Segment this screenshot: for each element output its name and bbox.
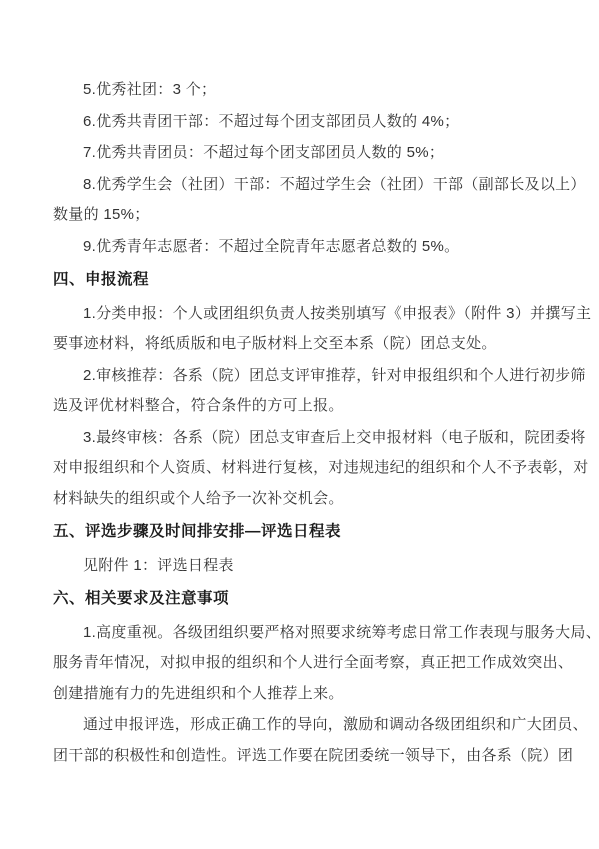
paragraph-line: 3.最终审核：各系（院）团总支审查后上交申报材料（电子版和，院团委将 <box>53 423 555 454</box>
paragraph-line: 2.审核推荐：各系（院）团总支评审推荐，针对申报组织和个人进行初步筛 <box>53 361 555 392</box>
paragraph: 8.优秀学生会（社团）干部：不超过学生会（社团）干部（副部长及以上）数量的 15… <box>53 170 555 231</box>
paragraph: 6.优秀共青团干部：不超过每个团支部团员人数的 4%； <box>53 107 555 138</box>
paragraph: 5.优秀社团：3 个； <box>53 75 555 106</box>
paragraph-line: 8.优秀学生会（社团）干部：不超过学生会（社团）干部（副部长及以上） <box>53 170 555 201</box>
paragraph: 2.审核推荐：各系（院）团总支评审推荐，针对申报组织和个人进行初步筛选及评优材料… <box>53 361 555 422</box>
paragraph: 1.高度重视。各级团组织要严格对照要求统筹考虑日常工作表现与服务大局、服务青年情… <box>53 618 555 710</box>
paragraph: 见附件 1：评选日程表 <box>53 551 555 582</box>
paragraph-line: 9.优秀青年志愿者：不超过全院青年志愿者总数的 5%。 <box>53 232 555 263</box>
paragraph-line: 1.分类申报：个人或团组织负责人按类别填写《申报表》（附件 3）并撰写主 <box>53 299 555 330</box>
paragraph-line: 7.优秀共青团员：不超过每个团支部团员人数的 5%； <box>53 138 555 169</box>
paragraph: 9.优秀青年志愿者：不超过全院青年志愿者总数的 5%。 <box>53 232 555 263</box>
document-page: 5.优秀社团：3 个；6.优秀共青团干部：不超过每个团支部团员人数的 4%；7.… <box>0 0 599 849</box>
paragraph-line: 1.高度重视。各级团组织要严格对照要求统筹考虑日常工作表现与服务大局、 <box>53 618 555 649</box>
paragraph-line: 选及评优材料整合，符合条件的方可上报。 <box>53 391 555 422</box>
paragraph-line: 创建措施有力的先进组织和个人推荐上来。 <box>53 679 555 710</box>
section-heading: 五、评选步骤及时间排安排—评选日程表 <box>53 517 555 548</box>
section-heading: 四、申报流程 <box>53 265 555 296</box>
paragraph-line: 服务青年情况，对拟申报的组织和个人进行全面考察，真正把工作成效突出、 <box>53 648 555 679</box>
paragraph-line: 通过申报评选，形成正确工作的导向，激励和调动各级团组织和广大团员、 <box>53 710 555 741</box>
paragraph: 通过申报评选，形成正确工作的导向，激励和调动各级团组织和广大团员、团干部的积极性… <box>53 710 555 771</box>
paragraph: 1.分类申报：个人或团组织负责人按类别填写《申报表》（附件 3）并撰写主要事迹材… <box>53 299 555 360</box>
document-content: 5.优秀社团：3 个；6.优秀共青团干部：不超过每个团支部团员人数的 4%；7.… <box>0 0 599 771</box>
paragraph-line: 对申报组织和个人资质、材料进行复核，对违规违纪的组织和个人不予表彰，对 <box>53 453 555 484</box>
paragraph: 3.最终审核：各系（院）团总支审查后上交申报材料（电子版和，院团委将对申报组织和… <box>53 423 555 515</box>
section-heading: 六、相关要求及注意事项 <box>53 584 555 615</box>
section-heading-text: 六、相关要求及注意事项 <box>53 584 555 615</box>
paragraph-line: 6.优秀共青团干部：不超过每个团支部团员人数的 4%； <box>53 107 555 138</box>
paragraph-line: 材料缺失的组织或个人给予一次补交机会。 <box>53 484 555 515</box>
paragraph-line: 数量的 15%； <box>53 200 555 231</box>
paragraph-line: 要事迹材料，将纸质版和电子版材料上交至本系（院）团总支处。 <box>53 329 555 360</box>
paragraph-line: 团干部的积极性和创造性。评选工作要在院团委统一领导下，由各系（院）团 <box>53 741 555 772</box>
paragraph-line: 见附件 1：评选日程表 <box>53 551 555 582</box>
section-heading-text: 五、评选步骤及时间排安排—评选日程表 <box>53 517 555 548</box>
paragraph: 7.优秀共青团员：不超过每个团支部团员人数的 5%； <box>53 138 555 169</box>
section-heading-text: 四、申报流程 <box>53 265 555 296</box>
paragraph-line: 5.优秀社团：3 个； <box>53 75 555 106</box>
